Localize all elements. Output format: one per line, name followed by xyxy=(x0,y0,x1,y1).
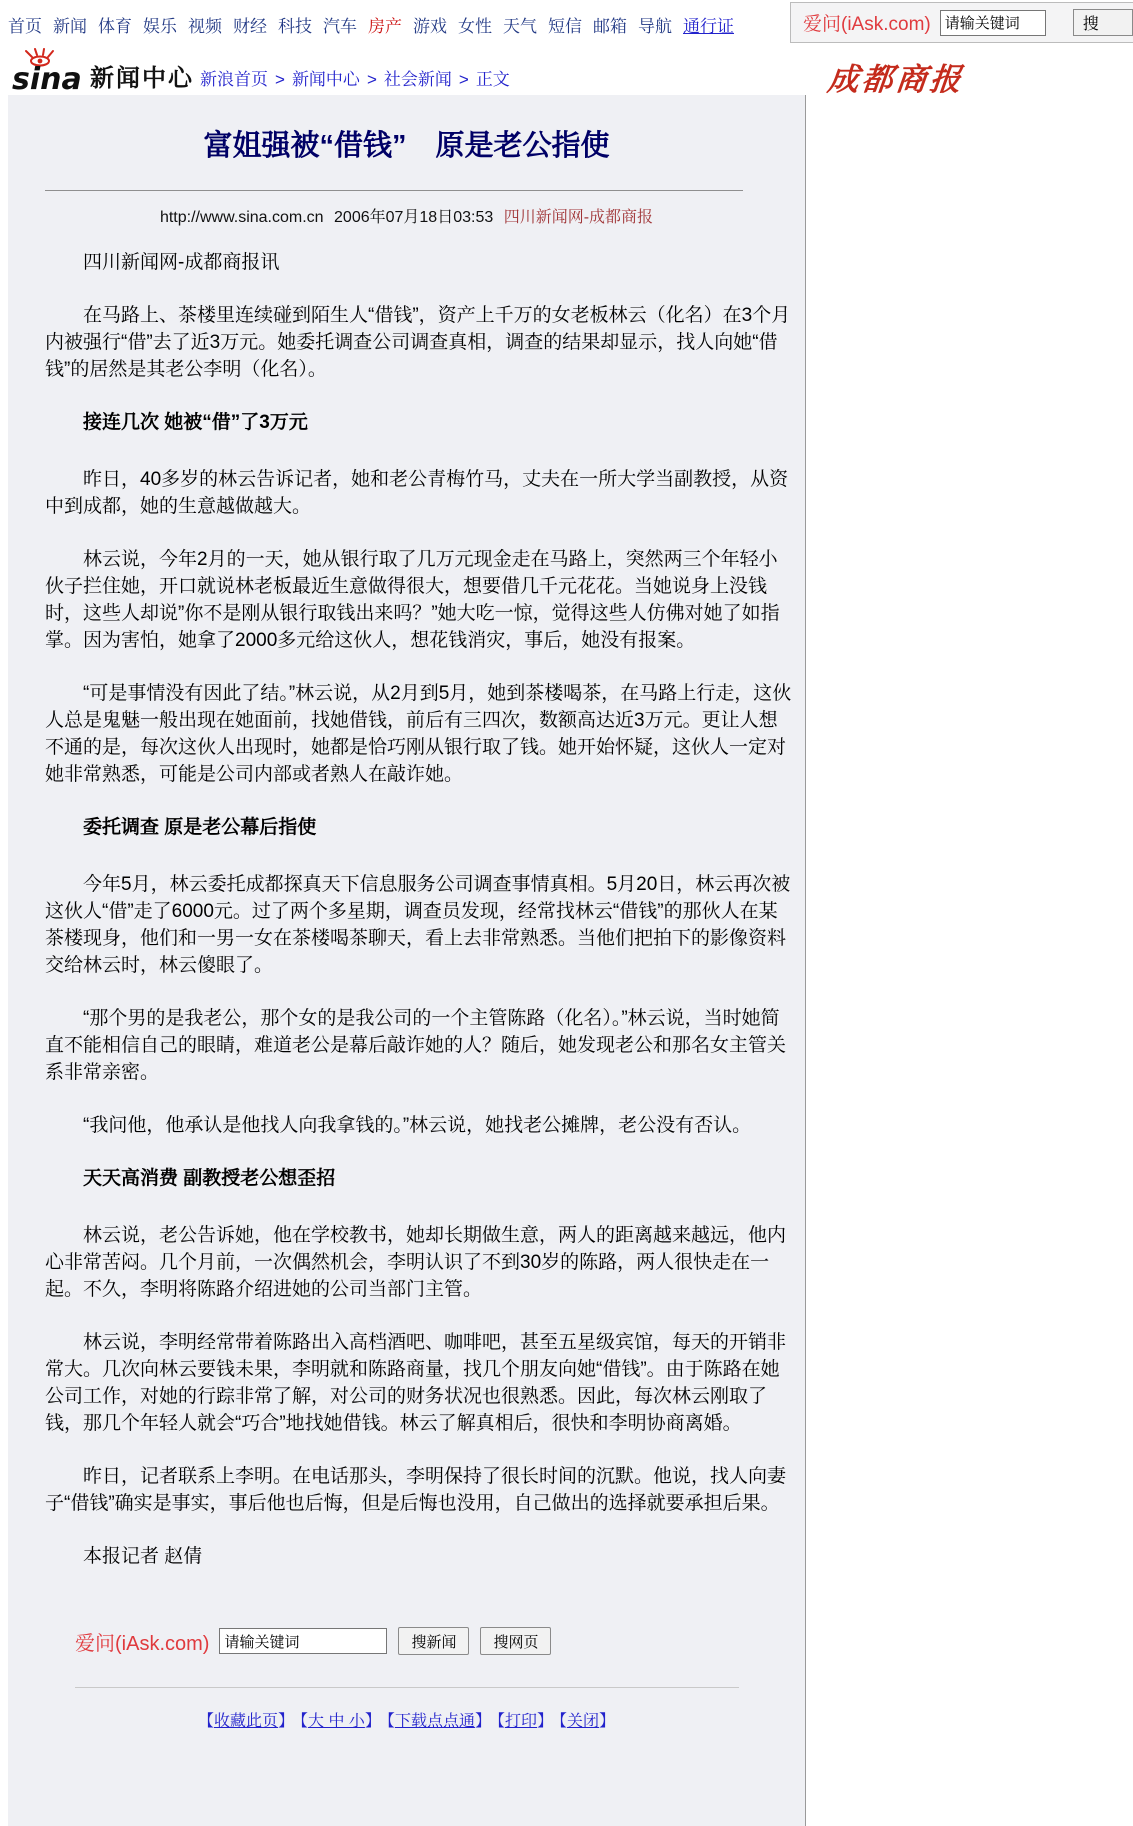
top-search-input[interactable] xyxy=(940,10,1046,36)
site-section-title: 新闻中心 xyxy=(90,58,194,93)
section-heading: 接连几次 她被“借”了3万元 xyxy=(45,409,793,436)
source-link[interactable]: 四川新闻网-成都商报 xyxy=(504,209,653,226)
top-search-box: 爱问(iAsk.com) 搜 xyxy=(790,2,1133,43)
nav-link[interactable]: 通行证 xyxy=(683,17,734,36)
bottom-search-input[interactable] xyxy=(219,1628,387,1654)
section-heading: 天天高消费 副教授老公想歪招 xyxy=(45,1165,793,1192)
top-bar: 首页新闻体育娱乐视频财经科技汽车房产游戏女性天气短信邮箱导航通行证 爱问(iAs… xyxy=(0,0,1133,46)
nav-link[interactable]: 女性 xyxy=(458,17,492,36)
source-url: http://www.sina.com.cn xyxy=(160,209,324,226)
nav-link[interactable]: 汽车 xyxy=(323,17,357,36)
article-paragraph: 昨日，记者联系上李明。在电话那头，李明保持了很长时间的沉默。他说，找人向妻子“借… xyxy=(45,1463,793,1517)
breadcrumb-separator: > xyxy=(459,70,469,89)
article-paragraph: 今年5月，林云委托成都探真天下信息服务公司调查事情真相。5月20日，林云再次被这… xyxy=(45,871,793,979)
nav-link[interactable]: 短信 xyxy=(548,17,582,36)
iask-link-bottom[interactable]: 爱问(iAsk.com) xyxy=(75,1627,209,1656)
nav-link[interactable]: 天气 xyxy=(503,17,537,36)
publish-time: 2006年07月18日03:53 xyxy=(334,209,493,226)
article-body: 四川新闻网-成都商报讯在马路上、茶楼里连续碰到陌生人“借钱”，资产上千万的女老板… xyxy=(45,249,793,1570)
paper-logo: 成都商报 xyxy=(826,54,967,99)
footer-link[interactable]: 【大 中 小】 xyxy=(300,1713,381,1730)
nav-link[interactable]: 体育 xyxy=(98,17,132,36)
nav-link[interactable]: 邮箱 xyxy=(593,17,627,36)
article-paragraph: 林云说，老公告诉她，他在学校教书，她却长期做生意，两人的距离越来越远，他内心非常… xyxy=(45,1222,793,1303)
nav-link[interactable]: 首页 xyxy=(8,17,42,36)
breadcrumb-separator: > xyxy=(367,70,377,89)
nav-link[interactable]: 房产 xyxy=(368,17,402,36)
nav-link[interactable]: 游戏 xyxy=(413,17,447,36)
breadcrumb-link[interactable]: 正文 xyxy=(476,70,510,89)
article-paragraph: 林云说，李明经常带着陈路出入高档酒吧、咖啡吧，甚至五星级宾馆，每天的开销非常大。… xyxy=(45,1329,793,1437)
sina-logo[interactable]: sina xyxy=(10,48,82,93)
svg-text:sina: sina xyxy=(12,62,82,93)
article-paragraph: 在马路上、茶楼里连续碰到陌生人“借钱”，资产上千万的女老板林云（化名）在3个月内… xyxy=(45,302,793,383)
article-byline: http://www.sina.com.cn 2006年07月18日03:53 … xyxy=(8,204,805,227)
top-search-button[interactable]: 搜 xyxy=(1073,9,1133,36)
breadcrumb: 新浪首页>新闻中心>社会新闻>正文 xyxy=(200,65,510,90)
bottom-search-bar: 爱问(iAsk.com) 搜新闻 搜网页 xyxy=(75,1626,805,1656)
article-paragraph: 林云说，今年2月的一天，她从银行取了几万元现金走在马路上，突然两三个年轻小伙子拦… xyxy=(45,546,793,654)
footer-link[interactable]: 【打印】 xyxy=(497,1713,553,1730)
title-divider xyxy=(45,190,743,191)
footer-link[interactable]: 【关闭】 xyxy=(559,1713,615,1730)
top-nav-links: 首页新闻体育娱乐视频财经科技汽车房产游戏女性天气短信邮箱导航通行证 xyxy=(8,12,745,37)
nav-link[interactable]: 新闻 xyxy=(53,17,87,36)
search-news-button[interactable]: 搜新闻 xyxy=(398,1627,469,1655)
page-header: sina 新闻中心 新浪首页>新闻中心>社会新闻>正文 成都商报 xyxy=(0,46,1133,95)
nav-link[interactable]: 娱乐 xyxy=(143,17,177,36)
iask-link[interactable]: 爱问(iAsk.com) xyxy=(803,9,931,36)
footer-links: 【收藏此页】【大 中 小】【下载点点通】【打印】【关闭】 xyxy=(8,1708,805,1731)
article-paragraph: 昨日，40多岁的林云告诉记者，她和老公青梅竹马，丈夫在一所大学当副教授，从资中到… xyxy=(45,466,793,520)
nav-link[interactable]: 视频 xyxy=(188,17,222,36)
footer-divider xyxy=(75,1687,739,1688)
footer-link[interactable]: 【收藏此页】 xyxy=(198,1713,294,1730)
footer-link[interactable]: 【下载点点通】 xyxy=(387,1713,491,1730)
breadcrumb-link[interactable]: 社会新闻 xyxy=(384,70,452,89)
content-area: 富姐强被“借钱” 原是老公指使 http://www.sina.com.cn 2… xyxy=(8,95,806,1826)
nav-link[interactable]: 财经 xyxy=(233,17,267,36)
search-web-button[interactable]: 搜网页 xyxy=(480,1627,551,1655)
breadcrumb-separator: > xyxy=(275,70,285,89)
article-paragraph: “那个男的是我老公，那个女的是我公司的一个主管陈路（化名）。”林云说，当时她简直… xyxy=(45,1005,793,1086)
article-paragraph: 四川新闻网-成都商报讯 xyxy=(45,249,793,276)
nav-link[interactable]: 导航 xyxy=(638,17,672,36)
section-heading: 委托调查 原是老公幕后指使 xyxy=(45,814,793,841)
article-title: 富姐强被“借钱” 原是老公指使 xyxy=(18,128,795,164)
breadcrumb-link[interactable]: 新浪首页 xyxy=(200,70,268,89)
breadcrumb-link[interactable]: 新闻中心 xyxy=(292,70,360,89)
article-paragraph: “我问他，他承认是他找人向我拿钱的。”林云说，她找老公摊牌，老公没有否认。 xyxy=(45,1112,793,1139)
nav-link[interactable]: 科技 xyxy=(278,17,312,36)
article-paragraph: “可是事情没有因此了结。”林云说，从2月到5月，她到茶楼喝茶，在马路上行走，这伙… xyxy=(45,680,793,788)
article-paragraph: 本报记者 赵倩 xyxy=(45,1543,793,1570)
